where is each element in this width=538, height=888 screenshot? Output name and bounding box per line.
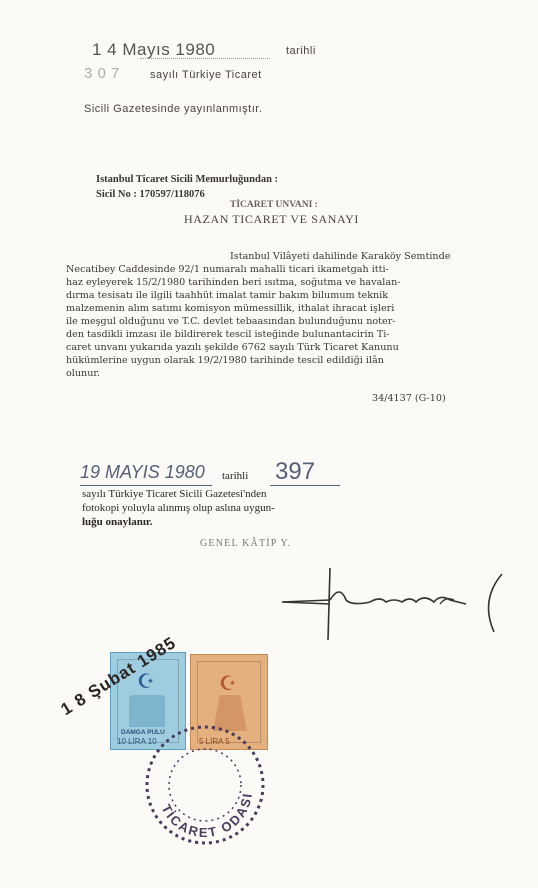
body-line: ile meşgul olduğunu ve T.C. devlet tebaa…	[66, 315, 450, 328]
cert-tarihli: tarihli	[222, 470, 248, 482]
tarihli-label: tarihli	[286, 45, 316, 57]
date-underline	[80, 485, 212, 486]
handwritten-date: 19 MAYIS 1980	[80, 462, 205, 483]
number-underline	[270, 485, 340, 486]
cert-line-2: sayılı Türkiye Ticaret Sicili Gazetesi'n…	[82, 488, 266, 500]
body-line: den tasdikli imzası ile bildirerek tesci…	[66, 328, 450, 341]
crescent-star-icon: ☪	[219, 671, 237, 695]
date-dotted-line	[140, 58, 270, 59]
body-line: dırma tesisatı ile ilgili taahhüt imalat…	[66, 289, 450, 302]
trade-name-label: TİCARET UNVANI :	[230, 200, 318, 210]
body-line: caret unvanı yukarıda yazılı şekilde 676…	[66, 341, 450, 354]
cert-line-4: luğu onaylanır.	[82, 516, 153, 528]
company-name: HAZAN TICARET VE SANAYI	[184, 212, 359, 227]
cert-line-3: fotokopi yoluyla alınmış olup aslına uyg…	[82, 502, 275, 514]
reference-number: 34/4137 (G-10)	[372, 392, 446, 405]
body-line: Necatibey Caddesinde 92/1 numaralı mahal…	[66, 263, 450, 276]
body-line: malzemenin alım satımı komisyon mümessil…	[66, 302, 450, 315]
body-line: haz eyleyerek 15/2/1980 tarihinden beri …	[66, 276, 450, 289]
header-line-3: Sicili Gazetesinde yayınlanmıştır.	[84, 103, 262, 115]
body-line: olunur.	[66, 367, 450, 380]
gazette-number-faded: 3 0 7	[84, 65, 120, 82]
body-line: Istanbul Vilâyeti dahilinde Karaköy Semt…	[66, 250, 450, 263]
chamber-of-commerce-seal: TİCARET ODASI	[140, 720, 270, 850]
body-line: hükümlerine uygun olarak 19/2/1980 tarih…	[66, 354, 450, 367]
signature	[270, 560, 510, 640]
header-line-2: sayılı Türkiye Ticaret	[150, 69, 262, 81]
registration-notice: Istanbul Vilâyeti dahilinde Karaköy Semt…	[66, 250, 450, 380]
signatory-title: GENEL KÂTİP Y.	[200, 538, 291, 549]
seal-text: TİCARET ODASI	[158, 791, 255, 840]
publication-date-stamp: 1 4 Mayıs 1980	[92, 40, 215, 60]
handwritten-number: 397	[275, 458, 315, 486]
registry-office: Istanbul Ticaret Sicili Memurluğundan :	[96, 174, 278, 185]
svg-text:TİCARET ODASI: TİCARET ODASI	[158, 791, 255, 840]
sicil-number: Sicil No : 170597/118076	[96, 189, 205, 200]
